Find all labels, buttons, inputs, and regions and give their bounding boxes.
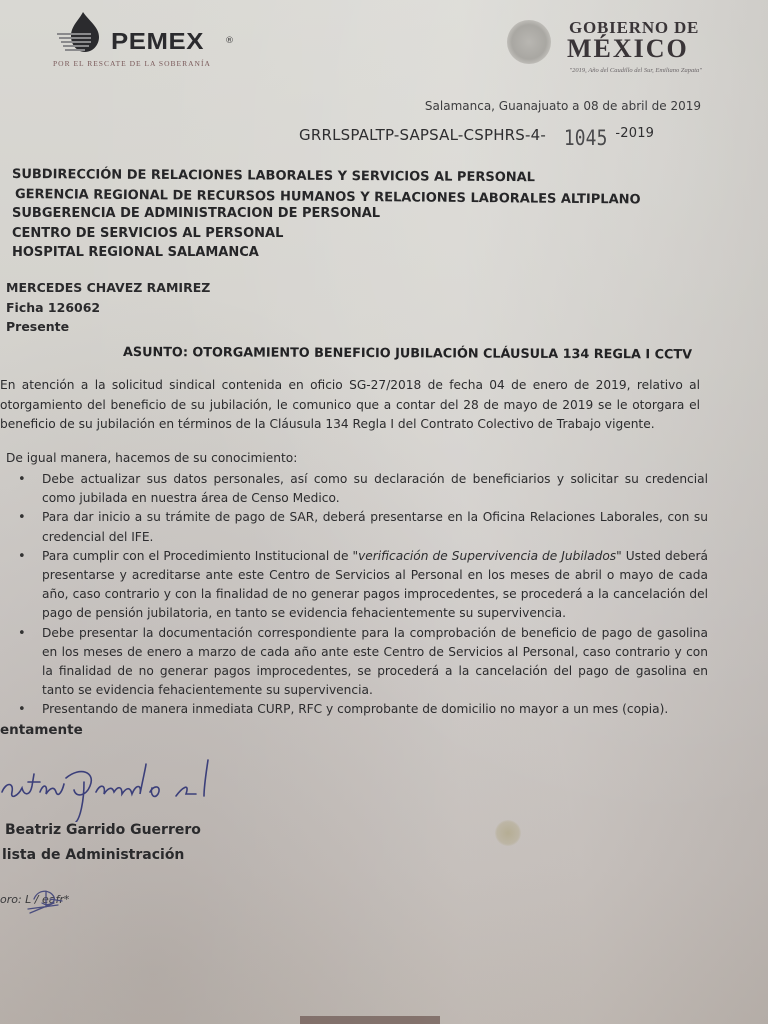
pemex-eagle-drop-icon	[55, 12, 107, 54]
recipient-name: MERCEDES CHAVEZ RAMIREZ	[6, 278, 210, 298]
recipient-block: MERCEDES CHAVEZ RAMIREZ Ficha 126062 Pre…	[6, 278, 210, 337]
initials-scribble-icon	[24, 885, 66, 915]
list-item: Para cumplir con el Procedimiento Instit…	[18, 547, 708, 624]
knowledge-intro: De igual manera, hacemos de su conocimie…	[6, 449, 700, 469]
pemex-logo: PEMEX ® POR EL RESCATE DE LA SOBERANÍA	[55, 12, 245, 74]
gobierno-motto: "2019, Año del Caudillo del Sur, Emilian…	[507, 67, 702, 74]
recipient-greeting: Presente	[6, 317, 210, 337]
signer-block: Beatriz Garrido Guerrero lista de Admini…	[2, 818, 201, 868]
handwritten-signature-icon	[0, 752, 230, 822]
subject-line: ASUNTO: OTORGAMIENTO BENEFICIO JUBILACIÓ…	[123, 345, 692, 362]
place-date: Salamanca, Guanajuato a 08 de abril de 2…	[425, 99, 701, 113]
requirements-list: Debe actualizar sus datos personales, as…	[18, 470, 708, 720]
pemex-tagline: POR EL RESCATE DE LA SOBERANÍA	[53, 59, 211, 68]
registered-mark: ®	[225, 36, 234, 46]
reference-year: -2019	[615, 126, 654, 141]
recipient-ficha: Ficha 126062	[6, 298, 210, 318]
procedure-name-emphasis: "verificación de Supervivencia de Jubila…	[352, 549, 621, 563]
list-item: Presentando de manera inmediata CURP, RF…	[18, 700, 708, 719]
list-item: Para dar inicio a su trámite de pago de …	[18, 508, 708, 546]
gobierno-line2: MÉXICO	[567, 34, 689, 64]
reference-number: GRRLSPALTP-SAPSAL-CSPHRS-4-1045-2019	[299, 126, 654, 150]
table-edge	[300, 1016, 440, 1024]
closing-salutation: entamente	[0, 722, 83, 738]
gobierno-mexico-logo: GOBIERNO DE MÉXICO "2019, Año del Caudil…	[507, 14, 707, 84]
department-line: HOSPITAL REGIONAL SALAMANCA	[12, 243, 641, 263]
mexico-coat-of-arms-seal-icon	[507, 20, 551, 64]
list-item: Debe presentar la documentación correspo…	[18, 624, 708, 701]
list-item: Debe actualizar sus datos personales, as…	[18, 470, 708, 508]
signer-title: lista de Administración	[2, 843, 201, 868]
signer-name: Beatriz Garrido Guerrero	[2, 818, 201, 843]
letter-body: En atención a la solicitud sindical cont…	[0, 376, 700, 468]
department-heading: SUBDIRECCIÓN DE RELACIONES LABORALES Y S…	[12, 165, 641, 263]
paper-stain	[495, 820, 521, 846]
reference-prefix: GRRLSPALTP-SAPSAL-CSPHRS-4-	[299, 126, 546, 144]
pemex-wordmark: PEMEX	[111, 28, 204, 55]
intro-paragraph: En atención a la solicitud sindical cont…	[0, 376, 700, 435]
reference-stamped-number: 1045	[564, 126, 608, 150]
department-line: CENTRO DE SERVICIOS AL PERSONAL	[12, 224, 641, 244]
